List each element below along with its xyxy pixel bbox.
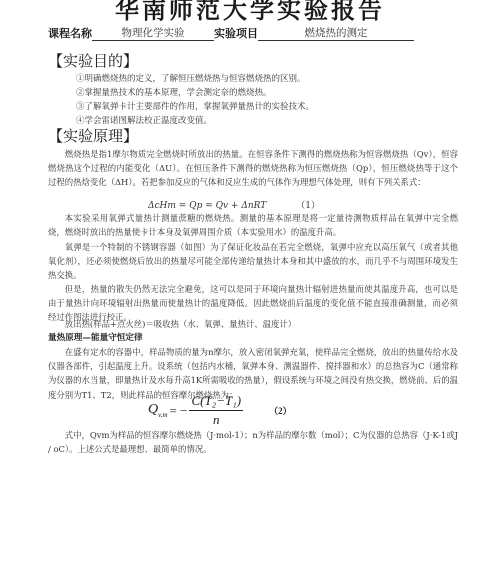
equation-2-numerator: C(T₂−T₁) bbox=[189, 393, 243, 411]
course-info-row: 课程名称 物理化学实验 实验项目 燃烧热的测定 bbox=[48, 25, 414, 41]
objectives-list: ①明确燃烧热的定义，了解恒压燃烧热与恒容燃烧热的区别。 ②掌握量热技术的基本原理… bbox=[76, 72, 314, 128]
page-title: 华南师范大学实验报告 bbox=[0, 0, 500, 25]
objectives-heading: 【实验目的】 bbox=[48, 50, 138, 71]
equation-2-equals: = − bbox=[170, 403, 188, 419]
calorimetry-subheading: 量热原理—能量守恒定律 bbox=[48, 331, 143, 343]
course-name-label: 课程名称 bbox=[48, 25, 92, 41]
equation-2-denominator: n bbox=[213, 411, 220, 428]
project-value: 燃烧热的测定 bbox=[258, 27, 414, 41]
equation-2-fraction: C(T₂−T₁) n bbox=[189, 393, 243, 428]
equation-2-lhs: Qv,m bbox=[148, 402, 168, 419]
principle-paragraph-3: 氧弹是一个特制的不锈钢容器（如图）为了保证化妆品在若完全燃烧，氧弹中应充以高压氧… bbox=[48, 240, 458, 283]
principle-paragraph-5: 放出热(样品+点火丝)＝吸收热（水、氧弹、量热计、温度计） bbox=[48, 317, 458, 331]
principle-heading: 【实验原理】 bbox=[48, 125, 138, 146]
objective-item: ①明确燃烧热的定义，了解恒压燃烧热与恒容燃烧热的区别。 bbox=[76, 72, 314, 86]
equation-2: Qv,m = − C(T₂−T₁) n （2） bbox=[148, 393, 292, 428]
principle-paragraph-7: 式中，Qvm为样品的恒容摩尔燃烧热（J·mol-1）；n为样品的摩尔数（mol）… bbox=[48, 428, 458, 456]
equation-1: ΔcHm = Qp = Qv + ΔnRT（1） bbox=[148, 198, 320, 211]
project-label: 实验项目 bbox=[214, 25, 258, 41]
course-name-value: 物理化学实验 bbox=[92, 27, 214, 41]
objective-item: ③了解氧弹卡计主要部件的作用，掌握氧弹量热计的实验技术。 bbox=[76, 100, 314, 114]
equation-1-body: ΔcHm = Qp = Qv + ΔnRT bbox=[148, 201, 266, 211]
objective-item: ②掌握量热技术的基本原理，学会测定奈的燃烧热。 bbox=[76, 86, 314, 100]
equation-1-number: （1） bbox=[296, 201, 320, 211]
equation-2-number: （2） bbox=[269, 404, 292, 417]
principle-paragraph-2: 本实验采用氧弹式量热计测量蔗糖的燃烧热。测量的基本原理是将一定量待测物质样品在氧… bbox=[48, 211, 458, 239]
principle-paragraph-1: 燃烧热是指1摩尔物质完全燃烧时所放出的热量。在恒容条件下测得的燃烧热称为恒容燃烧… bbox=[48, 147, 458, 190]
